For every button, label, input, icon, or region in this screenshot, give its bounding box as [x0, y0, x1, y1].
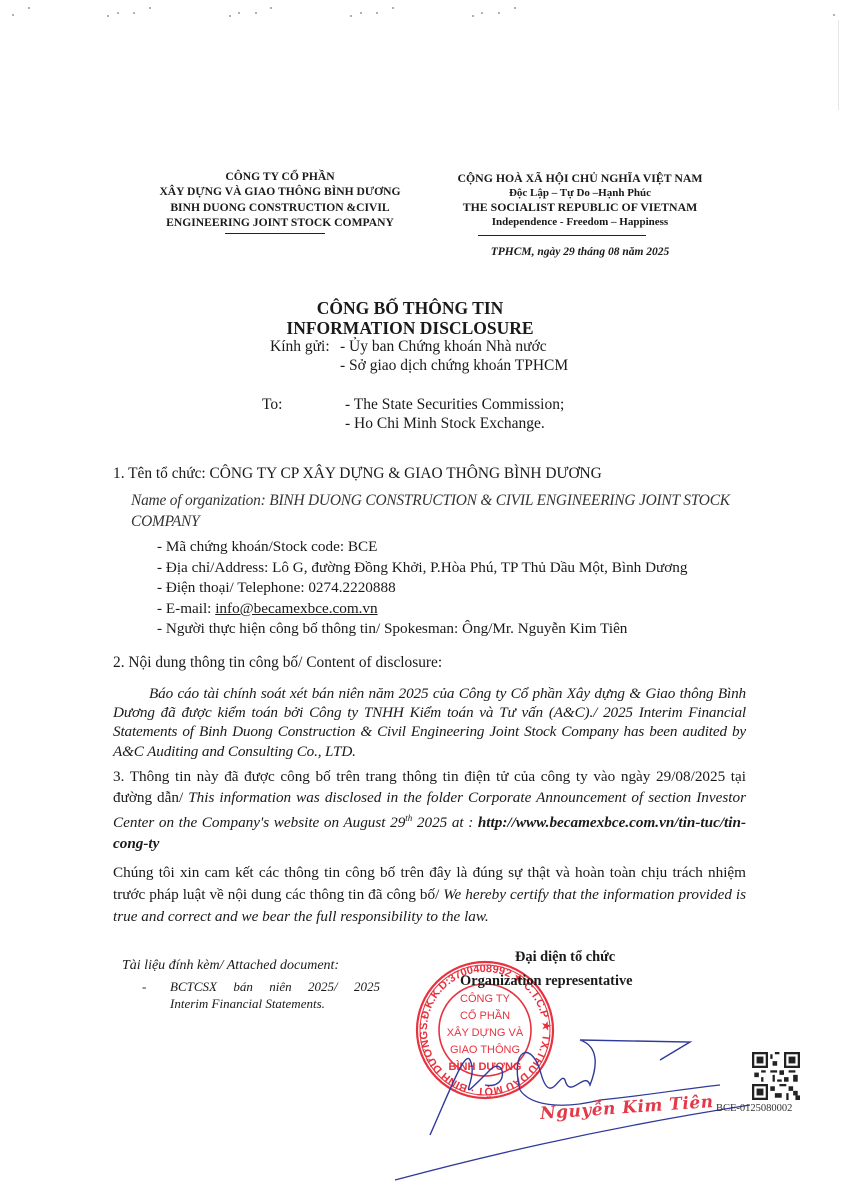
section-3: 3. Thông tin này đã được công bố trên tr… [113, 766, 746, 854]
national-title-en: THE SOCIALIST REPUBLIC OF VIETNAM [420, 200, 740, 215]
address: - Địa chỉ/Address: Lô G, đường Đồng Khởi… [157, 558, 757, 579]
attachment-line-2: Interim Financial Statements. [170, 995, 380, 1012]
company-name-en-line1: BINH DUONG CONSTRUCTION &CIVIL [110, 200, 450, 215]
document-title: CÔNG BỐ THÔNG TIN INFORMATION DISCLOSURE [200, 298, 620, 338]
section-1-heading: 1. Tên tổ chức: CÔNG TY CP XÂY DỰNG & GI… [113, 464, 746, 484]
recipients-list-en: - The State Securities Commission; - Ho … [345, 395, 564, 433]
company-header: CÔNG TY CỔ PHẦN XÂY DỰNG VÀ GIAO THÔNG B… [110, 169, 450, 230]
attachment-bullet: - [142, 978, 146, 995]
email-link[interactable]: info@becamexbce.com.vn [215, 600, 377, 617]
title-en: INFORMATION DISCLOSURE [200, 318, 620, 338]
certification-statement: Chúng tôi xin cam kết các thông tin công… [113, 862, 746, 928]
section-1-english-name: Name of organization: BINH DUONG CONSTRU… [131, 491, 749, 532]
representative-en: Organization representative [460, 969, 700, 993]
email-row: - E-mail: info@becamexbce.com.vn [157, 599, 757, 620]
representative-vn: Đại diện tổ chức [460, 945, 700, 969]
email-label: - E-mail: [157, 600, 215, 617]
national-motto-en: Independence - Freedom – Happiness [420, 215, 740, 230]
header-underline [478, 235, 646, 236]
spokesman: - Người thực hiện công bố thông tin/ Spo… [157, 619, 757, 640]
svg-text:CÔNG TY: CÔNG TY [460, 992, 511, 1005]
document-date: TPHCM, ngày 29 tháng 08 năm 2025 [420, 246, 740, 258]
company-name-en-line2: ENGINEERING JOINT STOCK COMPANY [110, 215, 450, 230]
company-name-vn-line1: CÔNG TY CỔ PHẦN [110, 169, 450, 184]
section-2-heading: 2. Nội dung thông tin công bố/ Content o… [113, 653, 746, 673]
recipients-label-vn: Kính gửi: [270, 337, 330, 356]
recipient-item: - Ủy ban Chứng khoán Nhà nước [340, 337, 568, 356]
attachments-title: Tài liệu đính kèm/ Attached document: [122, 958, 339, 974]
section-2-body: Báo cáo tài chính soát xét bán niên năm … [113, 684, 746, 761]
company-name-vn-line2: XÂY DỰNG VÀ GIAO THÔNG BÌNH DƯƠNG [110, 184, 450, 199]
document-code: BCE-0125080002 [716, 1103, 792, 1114]
recipients-label-en: To: [262, 395, 282, 414]
title-vn: CÔNG BỐ THÔNG TIN [200, 298, 620, 318]
recipient-item: - Ho Chi Minh Stock Exchange. [345, 414, 564, 433]
national-motto-vn: Độc Lập – Tự Do –Hạnh Phúc [420, 186, 740, 201]
telephone: - Điện thoại/ Telephone: 0274.2220888 [157, 578, 757, 599]
qr-code-icon [752, 1052, 800, 1100]
representative-title: Đại diện tổ chức Organization representa… [460, 945, 700, 993]
recipients-list-vn: - Ủy ban Chứng khoán Nhà nước - Sở giao … [340, 337, 568, 375]
national-title-vn: CỘNG HOÀ XÃ HỘI CHỦ NGHĨA VIỆT NAM [420, 171, 740, 186]
national-header: CỘNG HOÀ XÃ HỘI CHỦ NGHĨA VIỆT NAM Độc L… [420, 171, 740, 229]
header-underline [225, 233, 325, 234]
section-3-en-tail: 2025 at : [412, 814, 478, 831]
organization-details: - Mã chứng khoán/Stock code: BCE - Địa c… [157, 537, 757, 640]
svg-text:CỔ PHẦN: CỔ PHẦN [460, 1009, 510, 1022]
recipient-item: - The State Securities Commission; [345, 395, 564, 414]
stock-code: - Mã chứng khoán/Stock code: BCE [157, 537, 757, 558]
recipient-item: - Sở giao dịch chứng khoán TPHCM [340, 356, 568, 375]
attachment-line-1: BCTCSX bán niên 2025/ 2025 [170, 978, 380, 995]
